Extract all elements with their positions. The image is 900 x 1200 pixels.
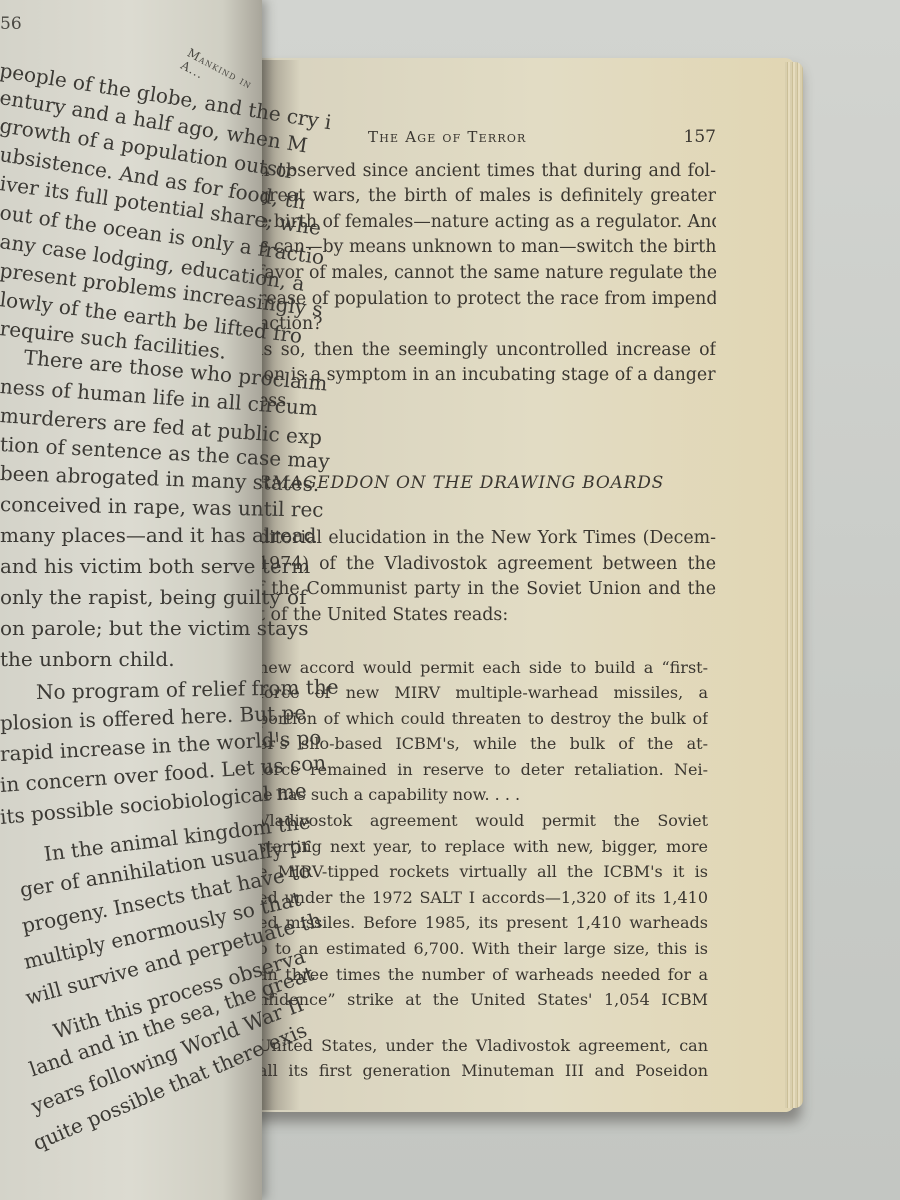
text-line: t of the United States reads: xyxy=(258,603,716,629)
text-line: great wars, the birth of males is defini… xyxy=(258,184,716,210)
text-line: o to an estimated 6,700. With their larg… xyxy=(258,936,708,962)
text-line: is so, then the seemingly uncontrolled i… xyxy=(258,338,716,364)
text-line: Vladivostok agreement would permit the S… xyxy=(258,808,708,834)
text-line: many places—and it has alread xyxy=(0,523,316,547)
text-line: starting next year, to replace with new,… xyxy=(258,834,708,860)
text-line: le has such a capability now. . . . xyxy=(258,782,708,808)
text-line: e birth of females—nature acting as a re… xyxy=(258,210,716,236)
text-line: n observed since ancient times that duri… xyxy=(258,159,716,185)
text-line: United States, under the Vladivostok agr… xyxy=(258,1033,708,1059)
text-line: ditorial elucidation in the New York Tim… xyxy=(258,526,716,552)
text-line: f the Communist party in the Soviet Unio… xyxy=(258,577,716,603)
text-line: ed under the 1972 SALT I accords—1,320 o… xyxy=(258,885,708,911)
text-line: rease of population to protect the race … xyxy=(258,287,716,313)
text-line: nfidence” strike at the United States' 1… xyxy=(258,987,708,1013)
text-line: ed missiles. Before 1985, its present 1,… xyxy=(258,910,708,936)
text-line: an three times the number of warheads ne… xyxy=(258,962,708,988)
text-line: 1974) of the Vladivostok agreement betwe… xyxy=(258,552,716,578)
text-line: the unborn child. xyxy=(0,647,175,671)
text-line: nction? xyxy=(258,312,716,338)
text-line: only the rapist, being guilty of xyxy=(0,585,306,609)
page-number: 157 xyxy=(684,125,716,151)
page-number: 56 xyxy=(0,14,22,34)
paragraph-3: ditorial elucidation in the New York Tim… xyxy=(258,526,716,628)
text-line: and his victim both serve term xyxy=(0,554,310,578)
section-heading: RMAGEDDON ON THE DRAWING BOARDS xyxy=(258,471,716,497)
running-head-title: The Age of Terror xyxy=(368,125,527,151)
paragraph-1: n observed since ancient times that duri… xyxy=(258,159,716,338)
text-line: e can—by means unknown to man—switch the… xyxy=(258,235,716,261)
right-page-text: The Age of Terror 157 n observed since a… xyxy=(258,125,716,1084)
text-line: e MIRV-tipped rockets virtually all the … xyxy=(258,859,708,885)
block-quote: new accord would permit each side to bui… xyxy=(258,655,716,1085)
text-line: favor of males, cannot the same nature r… xyxy=(258,261,716,287)
text-line: on parole; but the victim stays xyxy=(0,616,309,640)
page-edges xyxy=(785,62,803,1108)
text-line: all its first generation Minuteman III a… xyxy=(258,1058,708,1084)
text-line: portion of which could threaten to destr… xyxy=(258,706,708,732)
